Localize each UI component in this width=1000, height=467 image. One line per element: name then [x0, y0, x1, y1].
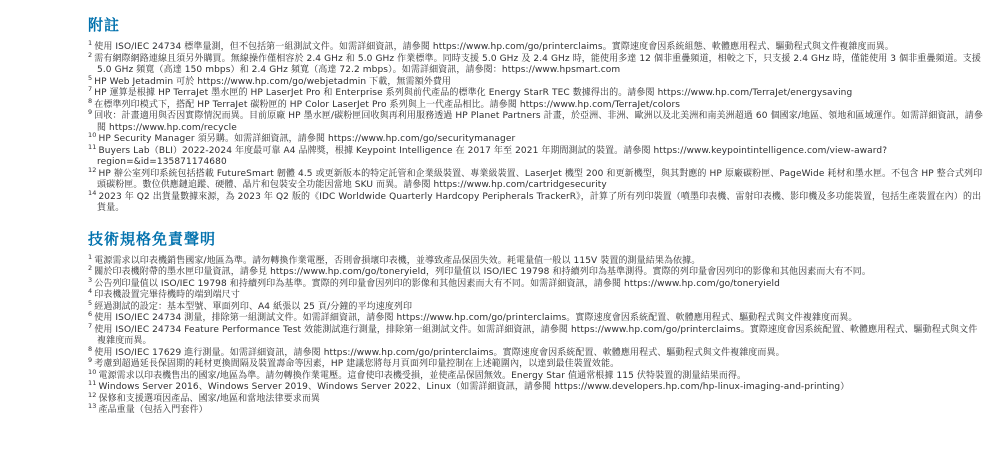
footnote-text: HP Web Jetadmin 可於 https://www.hp.com/go… — [94, 77, 451, 87]
footnote: 11Windows Server 2016、Windows Server 201… — [88, 382, 986, 394]
footnote: 1電源需求以印表機銷售國家/地區為準。請勿轉換作業電壓，否則會損壞印表機，並導致… — [88, 256, 986, 268]
footnote: 1使用 ISO/IEC 24734 標準量測，但不包括第一組測試文件。如需詳細資… — [88, 42, 986, 54]
footnote-number: 5 — [88, 74, 92, 82]
notes-section-title: 附註 — [88, 6, 986, 42]
notes-footnote-list: 1使用 ISO/IEC 24734 標準量測，但不包括第一組測試文件。如需詳細資… — [88, 42, 986, 215]
footnote: 7使用 ISO/IEC 24734 Feature Performance Te… — [88, 325, 986, 348]
footnote: 3公告列印量值以 ISO/IEC 19798 和持續列印為基準。實際的列印量會因… — [88, 279, 986, 291]
disclaimer-footnote-list: 1電源需求以印表機銷售國家/地區為準。請勿轉換作業電壓，否則會損壞印表機，並導致… — [88, 256, 986, 417]
footnote: 5HP Web Jetadmin 可於 https://www.hp.com/g… — [88, 77, 986, 89]
footnote-number: 7 — [88, 85, 92, 93]
footnote-number: 8 — [88, 345, 92, 353]
footnote: 8使用 ISO/IEC 17629 進行測量。如需詳細資訊，請參閱 https:… — [88, 348, 986, 360]
footnote-text: 2023 年 Q2 出貨量數據來源，為 2023 年 Q2 版的《IDC Wor… — [97, 192, 981, 214]
footnote-number: 3 — [88, 276, 92, 284]
footnote-number: 1 — [88, 253, 92, 261]
footnote-text: 使用 ISO/IEC 24734 測量，排除第一組測試文件。如需詳細資訊，請參閱… — [94, 313, 857, 323]
footnote-text: 使用 ISO/IEC 24734 標準量測，但不包括第一組測試文件。如需詳細資訊… — [94, 42, 894, 52]
footnote-number: 6 — [88, 310, 92, 318]
footnote-text: 經過測試的設定：基本型號、單面列印、A4 紙張以 25 頁/分鐘的平均速度列印 — [94, 302, 412, 312]
footnote-text: 電源需求以印表機售出的國家/地區為準。請勿轉換作業電壓。這會使印表機受損，並使產… — [98, 371, 746, 381]
footnote: 7HP 運算是根據 HP TerraJet 墨水匣的 HP LaserJet P… — [88, 88, 986, 100]
footnote: 142023 年 Q2 出貨量數據來源，為 2023 年 Q2 版的《IDC W… — [88, 192, 986, 215]
footnote-text: 使用 ISO/IEC 24734 Feature Performance Tes… — [94, 325, 977, 347]
footnote-text: 需有網際網路連線且須另外購買。無線操作僅相容於 2.4 GHz 和 5.0 GH… — [94, 54, 981, 76]
footnote-number: 14 — [88, 189, 96, 197]
footnote: 10電源需求以印表機售出的國家/地區為準。請勿轉換作業電壓。這會使印表機受損，並… — [88, 371, 986, 383]
footnote-text: 保修和支援選項因產品、國家/地區和當地法律要求而異 — [98, 394, 320, 404]
footnote-text: 考慮到超過延長保固期的耗材更換間隔及裝置壽命等因素，HP 建議您將每月頁面列印量… — [94, 359, 619, 369]
footnote-number: 1 — [88, 39, 92, 47]
footnote: 2關於印表機附帶的墨水匣印量資訊，請參見 https://www.hp.com/… — [88, 267, 986, 279]
footnote-text: 電源需求以印表機銷售國家/地區為準。請勿轉換作業電壓，否則會損壞印表機，並導致產… — [94, 256, 700, 266]
footnote-number: 2 — [88, 51, 92, 59]
footnote-number: 10 — [88, 368, 96, 376]
footnote-number: 10 — [88, 131, 96, 139]
footnote-number: 9 — [88, 108, 92, 116]
footnote-text: 在標準列印模式下，搭配 HP TerraJet 碳粉匣的 HP Color La… — [94, 100, 680, 110]
footnote: 11Buyers Lab（BLI）2022-2024 年度最可靠 A4 品牌獎，… — [88, 146, 986, 169]
footnote-text: 使用 ISO/IEC 17629 進行測量。如需詳細資訊，請參閱 https:/… — [94, 348, 784, 358]
footnote-number: 13 — [88, 402, 96, 410]
footnote: 8在標準列印模式下，搭配 HP TerraJet 碳粉匣的 HP Color L… — [88, 100, 986, 112]
footnote: 13產品重量（包括入門套件） — [88, 405, 986, 417]
footnote-text: 回收：計畫適用與否因實際情況而異。目前原廠 HP 墨水匣/碳粉匣回收與再利用服務… — [94, 111, 983, 133]
footnote-number: 11 — [88, 143, 96, 151]
footnote: 10HP Security Manager 須另購。如需詳細資訊，請參閱 htt… — [88, 134, 986, 146]
footnote-text: HP 運算是根據 HP TerraJet 墨水匣的 HP LaserJet Pr… — [94, 88, 852, 98]
footnote: 5經過測試的設定：基本型號、單面列印、A4 紙張以 25 頁/分鐘的平均速度列印 — [88, 302, 986, 314]
footnote-number: 2 — [88, 264, 92, 272]
document-page: 附註 1使用 ISO/IEC 24734 標準量測，但不包括第一組測試文件。如需… — [0, 0, 1000, 467]
footnote-text: 印表機設置完畢待機時的端到端尺寸 — [94, 290, 240, 300]
footnote-number: 5 — [88, 299, 92, 307]
footnote-text: Buyers Lab（BLI）2022-2024 年度最可靠 A4 品牌獎，根據… — [97, 146, 887, 168]
footnote-text: 關於印表機附帶的墨水匣印量資訊，請參見 https://www.hp.com/g… — [94, 267, 871, 277]
footnote: 12HP 辦公室列印系統包括搭載 FutureSmart 韌體 4.5 或更新版… — [88, 169, 986, 192]
footnote: 9考慮到超過延長保固期的耗材更換間隔及裝置壽命等因素，HP 建議您將每月頁面列印… — [88, 359, 986, 371]
footnote-number: 4 — [88, 287, 92, 295]
footnote: 6使用 ISO/IEC 24734 測量，排除第一組測試文件。如需詳細資訊，請參… — [88, 313, 986, 325]
disclaimer-section-title: 技術規格免責聲明 — [88, 215, 986, 256]
footnote-text: 公告列印量值以 ISO/IEC 19798 和持續列印為基準。實際的列印量會因列… — [94, 279, 780, 289]
footnote-number: 11 — [88, 379, 96, 387]
footnote: 12保修和支援選項因產品、國家/地區和當地法律要求而異 — [88, 394, 986, 406]
footnote-text: Windows Server 2016、Windows Server 2019、… — [98, 382, 849, 392]
footnote-text: 產品重量（包括入門套件） — [98, 405, 207, 415]
footnote-number: 8 — [88, 97, 92, 105]
footnote-number: 12 — [88, 166, 96, 174]
footnote-number: 12 — [88, 391, 96, 399]
footnote-number: 7 — [88, 322, 92, 330]
footnote: 2需有網際網路連線且須另外購買。無線操作僅相容於 2.4 GHz 和 5.0 G… — [88, 54, 986, 77]
footnote: 4印表機設置完畢待機時的端到端尺寸 — [88, 290, 986, 302]
footnote-text: HP Security Manager 須另購。如需詳細資訊，請參閱 https… — [98, 134, 515, 144]
footnote: 9回收：計畫適用與否因實際情況而異。目前原廠 HP 墨水匣/碳粉匣回收與再利用服… — [88, 111, 986, 134]
footnote-number: 9 — [88, 356, 92, 364]
footnote-text: HP 辦公室列印系統包括搭載 FutureSmart 韌體 4.5 或更新版本的… — [97, 169, 982, 191]
